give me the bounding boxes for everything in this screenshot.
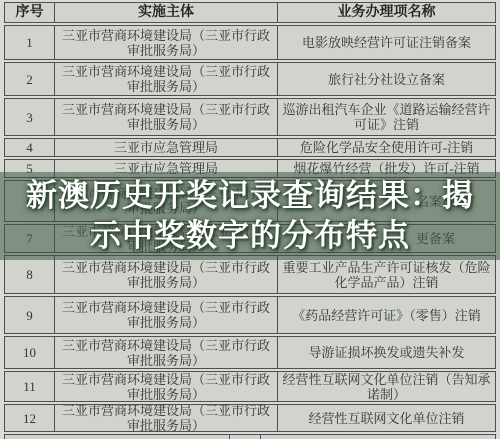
clipped-cell xyxy=(230,435,261,439)
cell-serial: 11 xyxy=(5,372,54,401)
watermark-title-line-2: 示中奖数字的分布特点 xyxy=(90,216,410,256)
cell-org: 三亚市营商环境建设局（三亚市行政审批服务局） xyxy=(54,405,278,431)
cell-item: 经营性互联网文化单位注销（告知承诺制） xyxy=(278,372,495,401)
cell-serial: 4 xyxy=(5,139,54,156)
watermark-overlay: 新澳历史开奖记录查询结果：揭 示中奖数字的分布特点 xyxy=(0,172,500,260)
cell-serial: 3 xyxy=(5,99,54,135)
scanned-table-page: 序号 实施主体 业务办理项名称 1 三亚市营商环境建设局（三亚市行政审批服务局）… xyxy=(0,0,500,439)
cell-item: 巡游出租汽车企业《道路运输经营许可证》注销 xyxy=(278,99,495,135)
table-row: 2 三亚市营商环境建设局（三亚市行政审批服务局） 旅行社分社设立备案 xyxy=(4,62,496,96)
cell-item: 《药品经营许可证》（零售）注销 xyxy=(278,297,495,333)
cell-serial: 10 xyxy=(5,337,54,368)
cell-serial: 12 xyxy=(5,405,54,431)
cell-org: 三亚市营商环境建设局（三亚市行政审批服务局） xyxy=(54,99,278,135)
clipped-cell xyxy=(261,435,495,439)
clipped-cell xyxy=(5,435,230,439)
cell-serial: 1 xyxy=(5,26,54,59)
cell-serial: 9 xyxy=(5,297,54,333)
table-row: 9 三亚市营商环境建设局（三亚市行政审批服务局） 《药品经营许可证》（零售）注销 xyxy=(4,296,496,334)
cell-org: 三亚市应急管理局 xyxy=(54,139,278,156)
cell-item: 危险化学品安全使用许可-注销 xyxy=(278,139,495,156)
table-row: 12 三亚市营商环境建设局（三亚市行政审批服务局） 经营性互联网文化单位注销 xyxy=(4,404,496,432)
cell-org: 三亚市营商环境建设局（三亚市行政审批服务局） xyxy=(54,26,278,59)
table-header-row: 序号 实施主体 业务办理项名称 xyxy=(4,2,496,23)
header-cell-serial: 序号 xyxy=(5,3,54,22)
cell-org: 三亚市营商环境建设局（三亚市行政审批服务局） xyxy=(54,337,278,368)
cell-org: 三亚市营商环境建设局（三亚市行政审批服务局） xyxy=(54,372,278,401)
cell-org: 三亚市营商环境建设局（三亚市行政审批服务局） xyxy=(54,63,278,95)
watermark-title-line-1: 新澳历史开奖记录查询结果：揭 xyxy=(26,176,474,216)
header-cell-item: 业务办理项名称 xyxy=(278,3,495,22)
cell-item: 经营性互联网文化单位注销 xyxy=(278,405,495,431)
table-row: 8 三亚市营商环境建设局（三亚市行政审批服务局） 重要工业产品生产许可证核发（危… xyxy=(4,255,496,294)
cell-serial: 2 xyxy=(5,63,54,95)
table-row: 3 三亚市营商环境建设局（三亚市行政审批服务局） 巡游出租汽车企业《道路运输经营… xyxy=(4,98,496,136)
cell-serial: 8 xyxy=(5,256,54,293)
cell-org: 三亚市营商环境建设局（三亚市行政审批服务局） xyxy=(54,297,278,333)
header-cell-org: 实施主体 xyxy=(54,3,278,22)
table-row: 1 三亚市营商环境建设局（三亚市行政审批服务局） 电影放映经营许可证注销备案 xyxy=(4,25,496,60)
table-row: 11 三亚市营商环境建设局（三亚市行政审批服务局） 经营性互联网文化单位注销（告… xyxy=(4,371,496,402)
cell-item: 重要工业产品生产许可证核发（危险化学品产品）注销 xyxy=(278,256,495,293)
table-row: 10 三亚市营商环境建设局（三亚市行政审批服务局） 导游证损坏换发或遗失补发 xyxy=(4,336,496,369)
cell-item: 电影放映经营许可证注销备案 xyxy=(278,26,495,59)
cell-item: 旅行社分社设立备案 xyxy=(278,63,495,95)
cell-item: 导游证损坏换发或遗失补发 xyxy=(278,337,495,368)
cell-org: 三亚市营商环境建设局（三亚市行政审批服务局） xyxy=(54,256,278,293)
table-row: 4 三亚市应急管理局 危险化学品安全使用许可-注销 xyxy=(4,138,496,157)
clipped-next-row xyxy=(4,434,496,439)
